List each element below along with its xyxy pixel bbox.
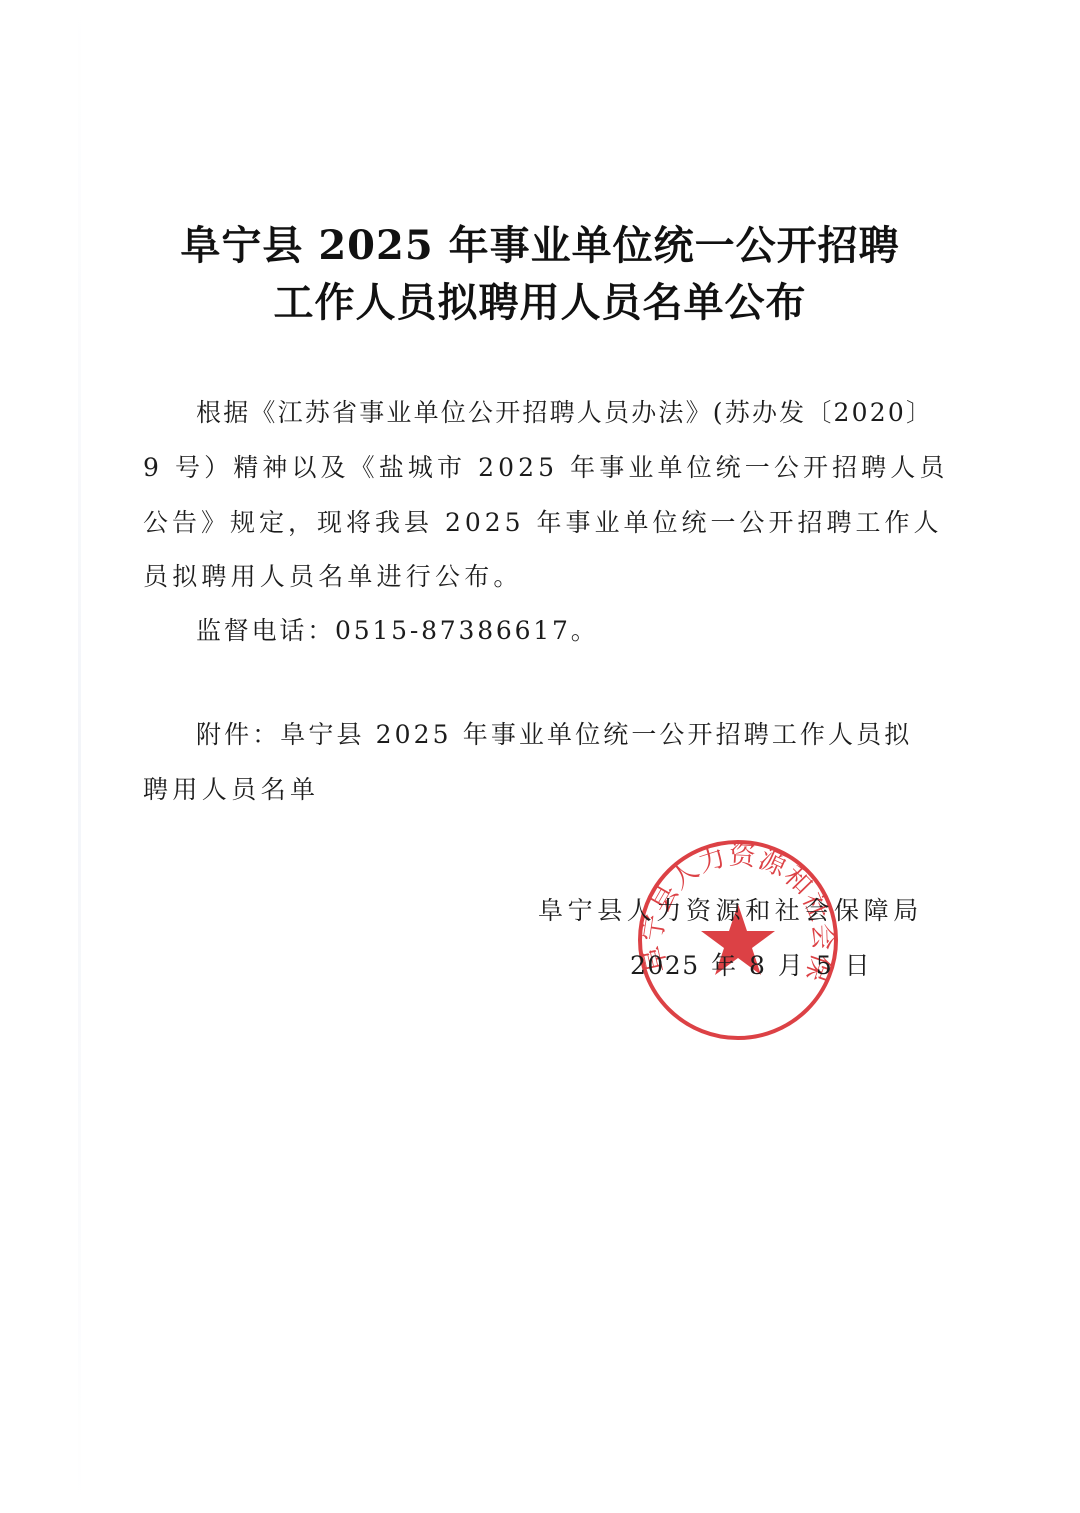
- official-seal-icon: 阜宁县人力资源和社会保障局: [636, 838, 840, 1042]
- supervision-phone: 监督电话：0515-87386617。: [196, 618, 599, 643]
- body-paragraph-line-2: 9 号）精神以及《盐城市 2025 年事业单位统一公开招聘人员: [143, 455, 948, 480]
- signature-organization: 阜宁县人力资源和社会保障局: [538, 898, 923, 923]
- document-title-line-2: 工作人员拟聘用人员名单公布: [0, 283, 1080, 323]
- signature-date: 2025 年 8 月 5 日: [630, 953, 871, 978]
- attachment-line-1: 附件：阜宁县 2025 年事业单位统一公开招聘工作人员拟: [196, 722, 912, 747]
- document-page: 阜宁县 2025 年事业单位统一公开招聘 工作人员拟聘用人员名单公布 根据《江苏…: [0, 0, 1080, 1513]
- attachment-line-2: 聘用人员名单: [143, 777, 319, 802]
- body-paragraph-line-3: 公告》规定，现将我县 2025 年事业单位统一公开招聘工作人: [143, 510, 943, 535]
- document-title-line-1: 阜宁县 2025 年事业单位统一公开招聘: [0, 226, 1080, 266]
- body-paragraph-line-4: 员拟聘用人员名单进行公布。: [143, 564, 523, 589]
- body-paragraph-line-1: 根据《江苏省事业单位公开招聘人员办法》(苏办发〔2020〕: [196, 400, 933, 425]
